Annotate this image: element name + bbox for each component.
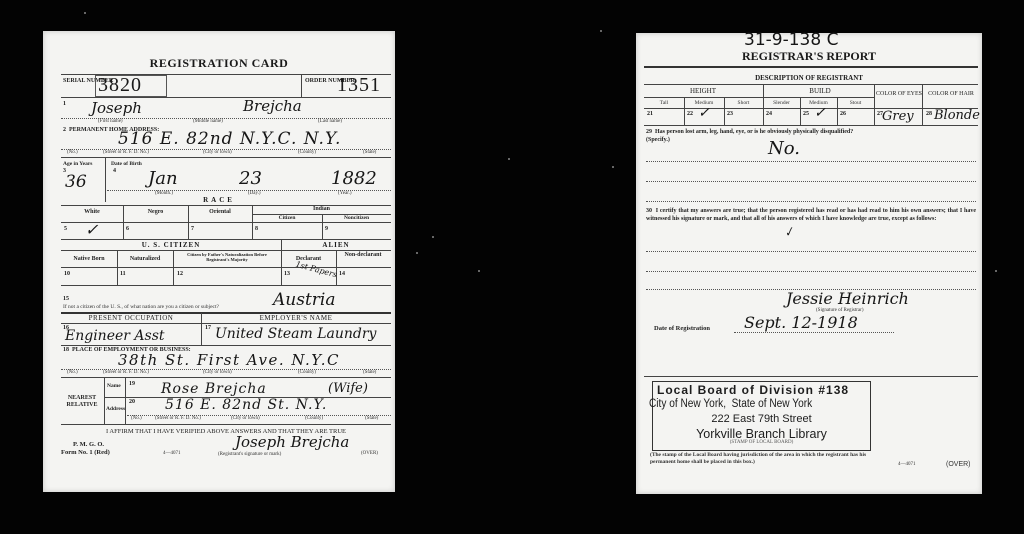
divider (874, 85, 875, 125)
scan-speck (84, 12, 86, 14)
nationality-value: Austria (273, 290, 335, 310)
divider (646, 271, 976, 272)
stamp-line-3: 222 East 79th Street (653, 413, 870, 425)
scan-speck (432, 236, 434, 238)
race-label-indian-noncitizen: Noncitizen (322, 215, 391, 221)
race-title: RACE (43, 196, 395, 204)
field-number: 2 (63, 127, 66, 133)
field-number: 23 (727, 111, 733, 117)
order-number-label: ORDER NUMBER (305, 78, 335, 84)
field-number: 7 (191, 226, 194, 232)
eye-color-title: COLOR OF EYES (876, 91, 922, 98)
registrant-signature: Joseph Brejcha (235, 433, 349, 451)
divider (61, 377, 391, 378)
disqualified-value: No. (768, 138, 800, 159)
citizen-by-father-label: Citizen by Father's Naturalization Befor… (175, 252, 279, 262)
address-sub-label: (County) (298, 150, 316, 155)
age-label: Age in Years (63, 161, 92, 167)
divider (644, 66, 978, 68)
address-sub-label: (County) (298, 370, 316, 375)
field-number: 15 (63, 296, 69, 302)
field-number: 14 (339, 271, 345, 277)
height-medium-check: ✓ (698, 105, 710, 121)
age-value: 36 (65, 172, 87, 192)
scan-speck (612, 166, 614, 168)
divider (646, 181, 976, 182)
registrant-signature-label: (Registrant's signature or mark) (218, 452, 281, 457)
stamp-line-2: City of New York, State of New York (649, 398, 812, 410)
scan-speck (995, 270, 997, 272)
field-number: 8 (255, 226, 258, 232)
divider (61, 97, 391, 98)
field-number: 10 (64, 271, 70, 277)
address-sub-label: (Street or R. F. D. No.) (103, 370, 149, 375)
declarant-label: Declarant (281, 256, 336, 262)
field-number: 9 (325, 226, 328, 232)
registration-date-value: Sept. 12-1918 (744, 313, 858, 332)
stamp-note: (The stamp of the Local Board having jur… (650, 452, 880, 465)
us-citizen-title: U. S. CITIZEN (61, 241, 281, 249)
field-number: 28 (926, 111, 932, 117)
dob-month: Jan (148, 168, 178, 189)
field-label: I certify that my answers are true; that… (646, 208, 976, 222)
specify-label: (Specify.) (646, 137, 670, 143)
registrars-report-card: 31-9-138 C REGISTRAR'S REPORT DESCRIPTIO… (636, 33, 982, 494)
print-code: 4—4071 (898, 462, 916, 467)
divider (646, 161, 976, 162)
over-label: (OVER) (361, 451, 378, 456)
divider (301, 75, 302, 97)
stamp-line-4: Yorkville Branch Library (653, 427, 870, 441)
divider (61, 222, 391, 223)
divider (837, 97, 838, 125)
address-sub-label: (Street or R. F. D. No.) (155, 416, 201, 421)
build-title: BUILD (766, 87, 874, 95)
height-tall-label: Tall (644, 100, 684, 106)
build-medium-check: ✓ (814, 105, 826, 121)
divider (61, 345, 391, 346)
employer-title: EMPLOYER'S NAME (201, 314, 391, 322)
build-slender-label: Slender (763, 100, 800, 106)
divider (684, 97, 685, 125)
dob-year: 1882 (331, 168, 377, 189)
build-stout-label: Stout (837, 100, 874, 106)
middle-name-label: (Middle name) (193, 119, 223, 124)
address-sub-label: (State) (365, 416, 378, 421)
naturalized-label: Naturalized (117, 256, 173, 262)
last-name-label: (Last name) (318, 119, 342, 124)
divider (61, 323, 391, 324)
last-name: Brejcha (243, 97, 302, 115)
place-of-employment-value: 38th St. First Ave. N.Y.C (118, 351, 340, 369)
declarant-value: 1st Papers (295, 260, 338, 280)
field-number: 26 (840, 111, 846, 117)
stamp-line-1: Local Board of Division #138 (657, 383, 849, 397)
field-number: 29 (646, 129, 652, 135)
relative-address-value: 516 E. 82nd St. N.Y. (165, 397, 327, 413)
address-sub-label: (City or town) (231, 416, 260, 421)
race-label-oriental: Oriental (188, 209, 252, 215)
field-number: 25 (803, 111, 809, 117)
divider (644, 108, 978, 109)
field-number: 5 (64, 226, 67, 232)
divider (61, 157, 391, 158)
serial-number: 3820 (98, 74, 142, 97)
scan-speck (508, 158, 510, 160)
relative-relation: (Wife) (328, 381, 368, 396)
field-number: 21 (647, 111, 653, 117)
first-name-label: (First name) (98, 119, 123, 124)
divider (646, 251, 976, 252)
divider (123, 206, 124, 239)
divider (646, 201, 976, 202)
local-board-stamp: Local Board of Division #138 City of New… (652, 381, 871, 451)
field-number: 20 (129, 399, 135, 405)
card-title: REGISTRATION CARD (43, 56, 395, 71)
field-number: 4 (113, 168, 116, 174)
field-number: 11 (120, 271, 126, 277)
address-sub-label: (No.) (131, 416, 142, 421)
native-born-label: Native Born (61, 256, 117, 262)
divider (644, 125, 978, 126)
divider (188, 206, 189, 239)
registration-date-label: Date of Registration (654, 325, 710, 332)
race-white-check: ✓ (85, 220, 98, 239)
stamp-caption: (STAMP OF LOCAL BOARD) (653, 440, 870, 445)
field-number: 24 (766, 111, 772, 117)
address-sub-label: (City or town) (203, 370, 232, 375)
field-number: 22 (687, 111, 693, 117)
address-sub-label: (No.) (67, 370, 78, 375)
divider (800, 97, 801, 125)
eye-color-value: Grey (882, 109, 914, 124)
divider (734, 332, 894, 333)
address-sub-label: (State) (363, 150, 376, 155)
race-label-indian-citizen: Citizen (252, 215, 322, 221)
divider (644, 84, 978, 85)
dob-label: Date of Birth (111, 161, 142, 167)
description-title: DESCRIPTION OF REGISTRANT (636, 74, 982, 82)
divider (61, 250, 391, 251)
employer-value: United Steam Laundry (215, 326, 376, 342)
relative-name-label: Name (107, 383, 121, 389)
height-title: HEIGHT (644, 87, 762, 95)
divider (322, 215, 323, 239)
divider (61, 285, 391, 286)
height-short-label: Short (724, 100, 763, 106)
nearest-relative-label: NEAREST RELATIVE (61, 395, 103, 409)
registration-card: REGISTRATION CARD SERIAL NUMBER 3820 ORD… (43, 31, 395, 492)
address-sub-label: (State) (363, 370, 376, 375)
race-label-negro: Negro (123, 209, 188, 215)
print-code: 4—4071 (163, 451, 181, 456)
hair-color-title: COLOR OF HAIR (924, 91, 978, 98)
field-number: 17 (205, 325, 211, 331)
alien-title: ALIEN (281, 241, 391, 249)
over-label: (OVER) (946, 461, 971, 468)
relative-address-label: Address (106, 406, 125, 412)
address-sub-label: (Street or R. F. D. No.) (103, 150, 149, 155)
divider (724, 97, 725, 125)
field-number: 30 (646, 208, 652, 214)
certification-check: ✓ (782, 224, 796, 241)
form-id-line2: Form No. 1 (Red) (61, 449, 110, 456)
order-number: 1351 (337, 74, 381, 97)
address-sub-label: (City or town) (203, 150, 232, 155)
divider (61, 424, 391, 425)
divider (201, 313, 202, 345)
address-sub-label: (No.) (67, 150, 78, 155)
address-sub-label: (County) (305, 416, 323, 421)
race-label-indian: Indian (252, 206, 391, 212)
field-number: 18 (63, 347, 69, 353)
scan-speck (478, 270, 480, 272)
field-label: Has person lost arm, leg, hand, eye, or … (655, 129, 853, 135)
field-number: 1 (63, 101, 66, 107)
serial-number-label: SERIAL NUMBER (63, 78, 91, 84)
certification-text: 30 I certify that my answers are true; t… (646, 208, 976, 223)
hair-color-value: Blonde (934, 108, 980, 123)
stamp-number: 31-9-138 C (744, 30, 838, 50)
field-number: 13 (284, 271, 290, 277)
divider (125, 378, 126, 424)
divider (644, 97, 874, 98)
divider (61, 239, 391, 240)
field-number: 19 (129, 381, 135, 387)
report-title: REGISTRAR'S REPORT (636, 49, 982, 64)
divider (104, 378, 105, 424)
scan-speck (416, 252, 418, 254)
field-number: 6 (126, 226, 129, 232)
divider (922, 85, 923, 125)
occupation-title: PRESENT OCCUPATION (61, 314, 201, 322)
registrar-signature: Jessie Heinrich (786, 289, 909, 308)
dob-day: 23 (239, 168, 262, 189)
home-address-value: 516 E. 82nd N.Y.C. N.Y. (118, 129, 341, 149)
nationality-question: If not a citizen of the U. S., of what n… (63, 304, 219, 310)
divider (281, 240, 282, 285)
scan-speck (600, 30, 602, 32)
disqualified-question: 29 Has person lost arm, leg, hand, eye, … (646, 129, 853, 135)
field-number: 12 (177, 271, 183, 277)
non-declarant-label: Non-declarant (340, 252, 386, 258)
divider (61, 267, 391, 268)
divider (644, 376, 978, 377)
first-name: Joseph (91, 99, 142, 117)
divider (252, 206, 253, 239)
form-id-line1: P. M. G. O. (73, 441, 104, 448)
race-label-white: White (61, 209, 123, 215)
occupation-value: Engineer Asst (65, 328, 165, 344)
relative-name-value: Rose Brejcha (161, 381, 267, 397)
